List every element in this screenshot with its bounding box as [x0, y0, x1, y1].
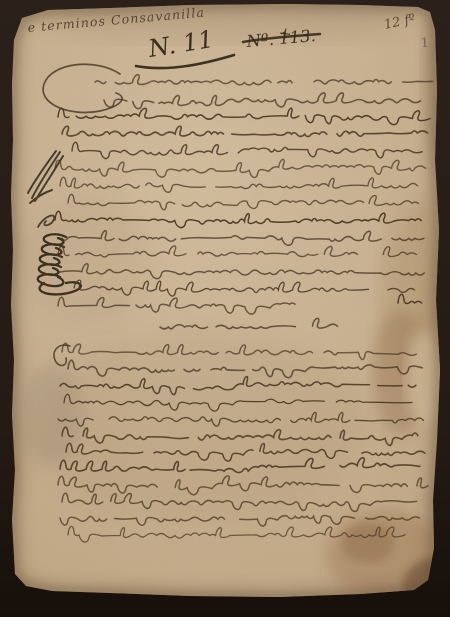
folio-number-pencil: 1 — [420, 35, 429, 50]
manuscript-scan: e terminos Consavanilla + N. 11 Nº. 113.… — [0, 0, 450, 617]
manuscript-svg: e terminos Consavanilla + N. 11 Nº. 113.… — [0, 0, 450, 617]
